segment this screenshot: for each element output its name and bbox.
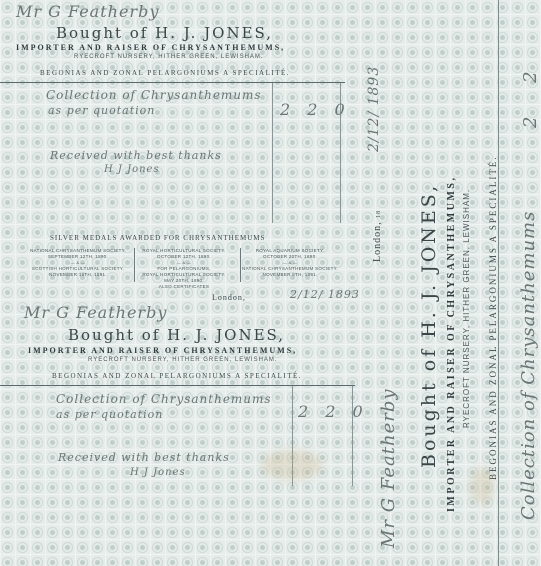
medal-text: Also Certificates [136,284,232,290]
top-received-note: Received with best thanks [50,149,222,162]
top-signature: H J Jones [104,164,160,175]
stub-place-text: London, [372,221,383,262]
top-header-rule [0,82,345,83]
stub-billhead-title: Bought of H. J. JONES, [418,183,440,468]
bottom-amount: 2 2 0 [298,402,369,421]
bottom-billhead-title: Bought of H. J. JONES, [68,326,285,344]
bottom-header-rule [0,385,355,386]
middle-date: 2/12/ 1893 [290,288,360,301]
bottom-item-line-1: Collection of Chrysanthemums [56,392,272,406]
bottom-trade-line: IMPORTER AND RAISER OF CHRYSANTHEMUMS, [28,346,297,355]
top-bought-of: Bought of [56,24,148,42]
stub-bought-of: Bought of [418,347,440,468]
top-speciality-line: BEGONIAS AND ZONAL PELARGONIUMS A SPECIA… [40,69,290,77]
bottom-customer-name: Mr G Featherby [24,303,167,322]
top-amount: 2 2 0 [280,100,351,119]
stub-vertical-rule [498,0,499,566]
stub-address-line: Ryecroft Nursery, Hither Green, Lewisham… [462,189,471,428]
stub-speciality-line: BEGONIAS AND ZONAL PELARGONIUMS A SPECIA… [488,155,498,480]
bottom-merchant-name: H. J. JONES, [167,326,285,344]
top-trade-line: IMPORTER AND RAISER OF CHRYSANTHEMUMS, [16,43,285,52]
medal-column-2: Royal Horticultural Society. October 12t… [136,248,232,290]
top-customer-name: Mr G Featherby [16,2,159,21]
medal-divider [134,248,135,282]
bottom-column-divider-2 [352,386,353,486]
stub-customer-name: Mr G Featherby [378,388,399,548]
medal-column-1: National Chrysanthemum Society. Septembe… [30,248,126,278]
top-merchant-name: H. J. JONES, [155,24,273,42]
medal-text: November 19th, 1891. [30,272,126,278]
medals-banner: Silver Medals Awarded for Chrysanthemums… [30,234,330,296]
paper-stain [470,468,494,504]
medal-column-3: Royal Aquarium Society. October 20th, 18… [242,248,338,278]
top-item-line-2: as per quotation [48,104,155,117]
bottom-received-note: Received with best thanks [58,451,230,464]
top-billhead-title: Bought of H. J. JONES, [56,24,273,42]
middle-place: London, [212,293,246,302]
stub-trade-line: IMPORTER AND RAISER OF CHRYSANTHEMUMS, [446,176,457,512]
stub-place-suffix: 18 [376,210,382,218]
bottom-item-line-2: as per quotation [56,408,163,421]
medal-text: November 6th, 1891. [242,272,338,278]
stub-date: 2/12/ 1893 [366,66,382,152]
stub-merchant-name: H. J. JONES, [418,183,440,338]
stub-amount: 2 2 [520,57,541,128]
stub-item-line: Collection of Chrysanthemums [518,211,539,520]
stub-place: London, 18 [372,210,383,262]
top-column-divider [272,83,273,223]
top-item-line-1: Collection of Chrysanthemums [46,88,262,102]
bottom-signature: H J Jones [130,467,186,478]
medals-title: Silver Medals Awarded for Chrysanthemums [50,234,265,242]
paper-stain [262,450,322,480]
bottom-address-line: Ryecroft Nursery, Hither Green, Lewisham… [88,357,278,363]
bottom-bought-of: Bought of [68,326,160,344]
bottom-speciality-line: BEGONIAS AND ZONAL PELARGONIUMS A SPECIA… [52,372,302,380]
top-address-line: Ryecroft Nursery, Hither Green, Lewisham… [74,54,264,60]
medal-divider [240,248,241,282]
